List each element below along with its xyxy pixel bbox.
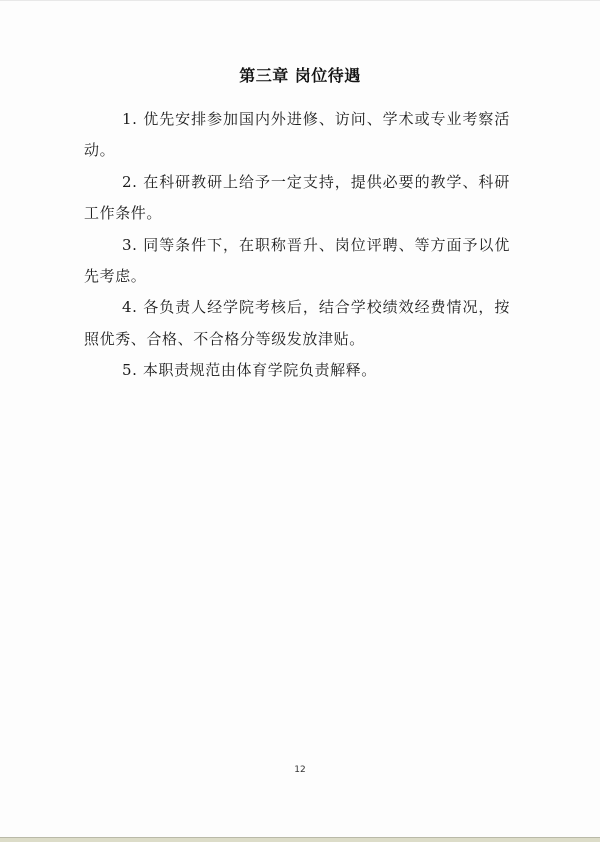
document-body: 1. 优先安排参加国内外进修、访问、学术或专业考察活动。 2. 在科研教研上给予… <box>84 104 510 387</box>
paragraph-3: 3. 同等条件下，在职称晋升、岗位评聘、等方面予以优先考虑。 <box>84 230 510 293</box>
paragraph-1: 1. 优先安排参加国内外进修、访问、学术或专业考察活动。 <box>84 104 510 167</box>
page-number: 12 <box>0 765 600 775</box>
chapter-title: 第三章 岗位待遇 <box>0 63 600 86</box>
viewer-bottom-edge <box>0 837 600 842</box>
paragraph-2: 2. 在科研教研上给予一定支持，提供必要的教学、科研工作条件。 <box>84 167 510 230</box>
paragraph-4: 4. 各负责人经学院考核后，结合学校绩效经费情况，按照优秀、合格、不合格分等级发… <box>84 292 510 355</box>
document-page: 第三章 岗位待遇 1. 优先安排参加国内外进修、访问、学术或专业考察活动。 2.… <box>0 1 600 837</box>
paragraph-5: 5. 本职责规范由体育学院负责解释。 <box>84 355 510 386</box>
